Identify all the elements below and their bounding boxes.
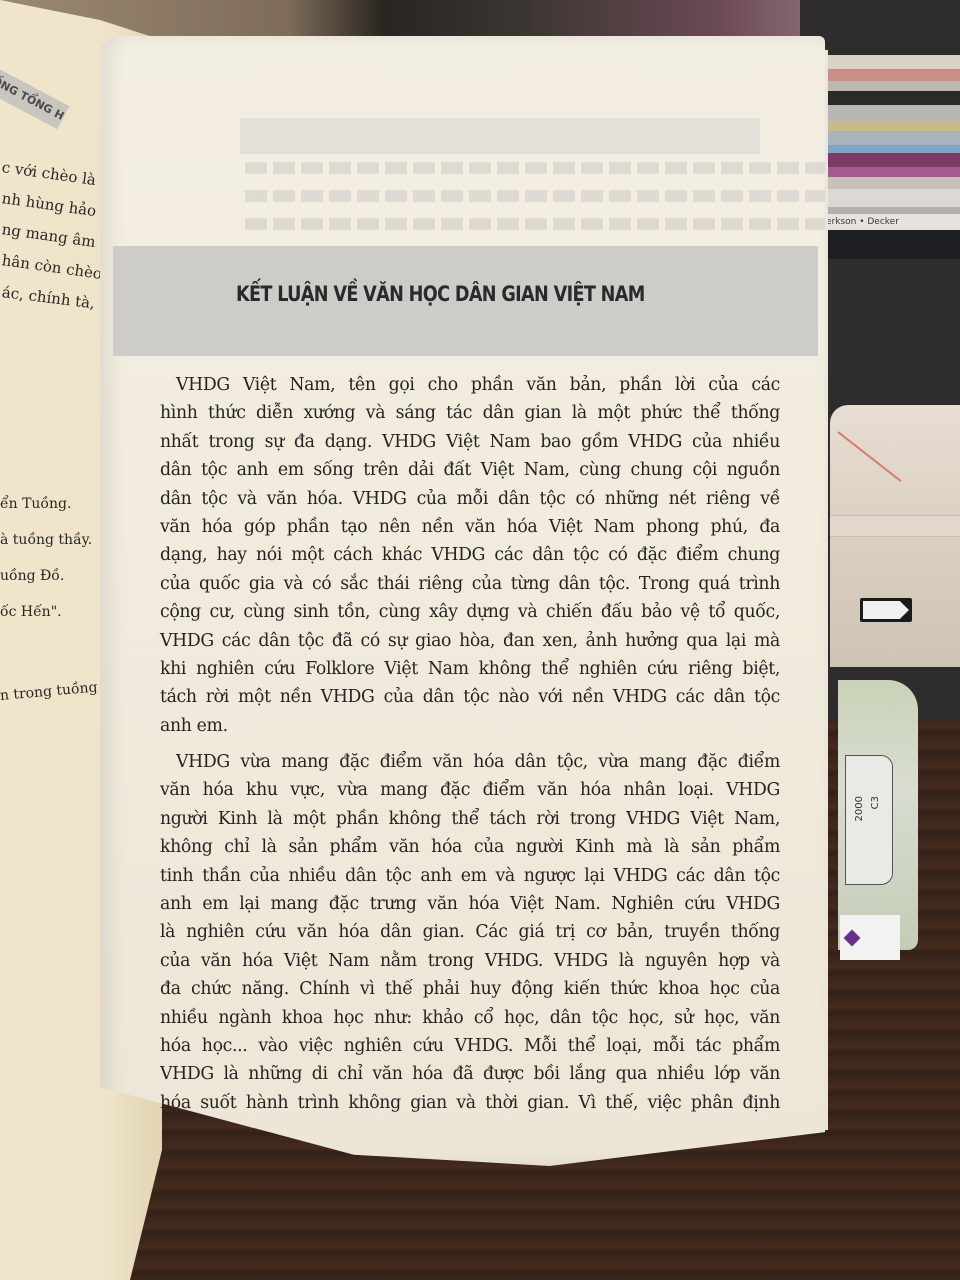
paragraph-1-line: dạng, hay nói một cách khác VHDG các dân… [160,541,780,569]
paragraph-2-line: VHDG là những di chỉ văn hóa đã được bồi… [160,1060,780,1088]
body-text: VHDG Việt Nam, tên gọi cho phần văn bản,… [160,371,780,1117]
show-through-text [245,218,895,230]
left-page-line: uồng Đồ. [0,568,64,584]
paragraph-1-line: dân tộc anh em sống trên dải đất Việt Na… [160,456,780,484]
paragraph-2-line: nhiều ngành khoa học như: khảo cổ học, d… [160,1004,780,1032]
paragraph-1-line: VHDG Việt Nam, tên gọi cho phần văn bản,… [160,371,780,399]
paragraph-2-line: là nghiên cứu văn hóa dân gian. Các giá … [160,918,780,946]
paragraph-2-line: không chỉ là sản phẩm văn hóa của người … [160,833,780,861]
left-page-line: à tuồng thầy. [0,532,92,548]
paragraph-1-line: VHDG các dân tộc đã có sự giao hòa, đan … [160,627,780,655]
paragraph-2-line: văn hóa khu vực, vừa mang đặc điểm văn h… [160,776,780,804]
paragraph-2-line: hóa suốt hành trình không gian và thời g… [160,1089,780,1117]
left-page-line: ển Tuồng. [0,496,71,512]
paragraph-2-line: anh em lại mang đặc trưng văn hóa Việt N… [160,890,780,918]
cardboard-box [830,405,960,667]
paragraph-1-line: anh em. [160,712,780,740]
battery-icon [860,598,912,622]
show-through-text [245,190,895,202]
paragraph-2-line: VHDG vừa mang đặc điểm văn hóa dân tộc, … [160,748,780,776]
show-through-text [245,162,895,174]
paragraph-2-line: tinh thần của nhiều dân tộc anh em và ng… [160,862,780,890]
paragraph-2-line: đa chức năng. Chính vì thế phải huy động… [160,975,780,1003]
stacked-books [812,55,960,300]
paragraph-1-line: của quốc gia và có sắc thái riêng của từ… [160,570,780,598]
paragraph-1-line: cộng cư, cùng sinh tồn, cùng xây dựng và… [160,598,780,626]
paragraph-2-line: của văn hóa Việt Nam nằm trong VHDG. VHD… [160,947,780,975]
paragraph-1-line: khi nghiên cứu Folklore Việt Nam không t… [160,655,780,683]
chapter-title: KẾT LUẬN VỀ VĂN HỌC DÂN GIAN VIỆT NAM [236,282,645,306]
jar-label: 2000 C3 [845,755,893,885]
paragraph-2-line: người Kinh là một phần không thể tách rờ… [160,805,780,833]
show-through-header-band [240,118,760,154]
left-page-line: ốc Hến". [0,604,62,620]
jar-label-year: 2000 [854,796,865,821]
paragraph-1-line: nhất trong sự đa dạng. VHDG Việt Nam bao… [160,428,780,456]
book-spine-label: erkson • Decker [822,214,960,230]
paragraph-1-line: tách rời một nền VHDG của dân tộc nào vớ… [160,683,780,711]
box-ribbon [830,515,960,537]
paragraph-1-line: dân tộc và văn hóa. VHDG của mỗi dân tộc… [160,485,780,513]
paragraph-2-line: hóa học... vào việc nghiên cứu VHDG. Mỗi… [160,1032,780,1060]
jar-label-code: C3 [870,796,881,809]
paragraph-1-line: hình thức diễn xướng và sáng tác dân gia… [160,399,780,427]
box-red-line [837,431,901,482]
paragraph-gap [160,740,780,748]
paragraph-1-line: văn hóa góp phần tạo nên nền văn hóa Việ… [160,513,780,541]
